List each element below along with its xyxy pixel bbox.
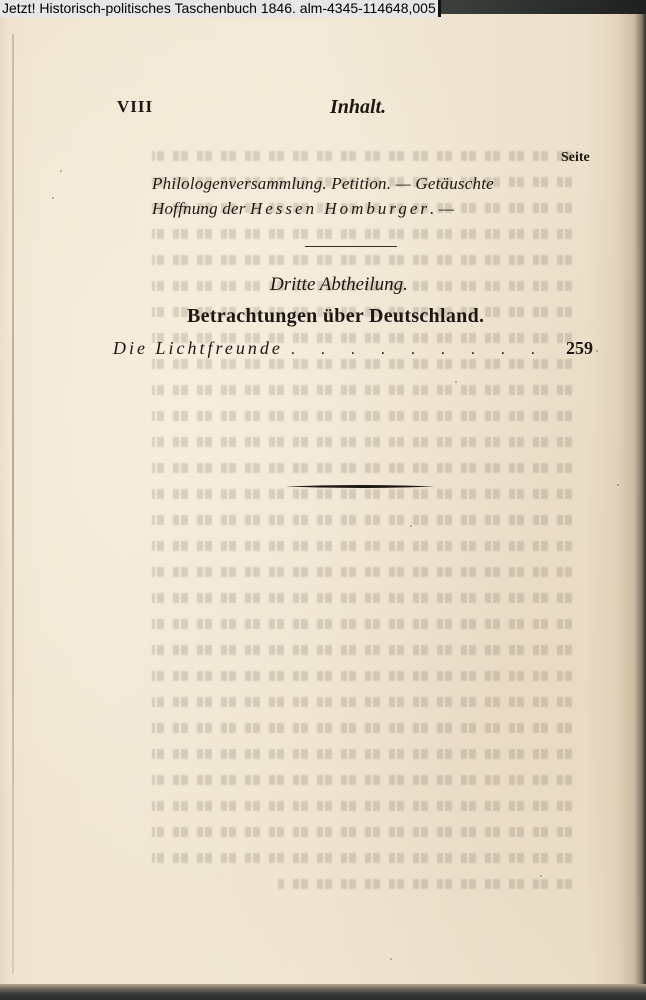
section-label: Dritte Abtheilung.: [270, 274, 408, 296]
gutter-fold-line: [12, 34, 14, 974]
paper-speck: [60, 170, 62, 172]
toc-dot-leader: . . . . . . . . . . . . .: [291, 341, 560, 359]
paper-speck: [617, 484, 619, 486]
page-bottom-edge-shadow: [0, 984, 646, 1000]
continued-entry-line-2: Hoffnung der Hessen Homburger. —: [152, 199, 454, 219]
paper-speck: [52, 197, 54, 199]
entry-text-spaced: Hessen Homburger: [250, 199, 430, 218]
page-number-folio: VIII: [117, 97, 153, 117]
paper-speck: [390, 958, 392, 960]
document-title-bar: Jetzt! Historisch-politisches Taschenbuc…: [0, 0, 441, 17]
page-right-edge-shadow: [634, 14, 646, 1000]
paper-speck: [410, 525, 412, 527]
toc-entry-title: Die Lichtfreunde: [113, 338, 283, 359]
running-head: Inhalt.: [330, 96, 386, 119]
bleed-through-texture: [152, 142, 572, 896]
section-divider-rule: [305, 246, 397, 247]
toc-entry-page-number: 259: [566, 338, 593, 359]
section-title: Betrachtungen über Deutschland.: [187, 305, 484, 328]
entry-text-suffix: . —: [430, 199, 454, 218]
toc-entry: Die Lichtfreunde . . . . . . . . . . . .…: [113, 338, 593, 362]
paper-speck: [596, 350, 598, 352]
paper-speck: [455, 381, 457, 383]
tapered-end-rule: [285, 484, 435, 489]
page-column-label: Seite: [561, 150, 590, 166]
scanned-page-viewer: Jetzt! Historisch-politisches Taschenbuc…: [0, 0, 646, 1000]
paper-speck: [540, 875, 542, 877]
entry-text-prefix: Hoffnung der: [152, 199, 250, 218]
continued-entry-line-1: Philologenversammlung. Petition. — Getäu…: [152, 174, 494, 194]
